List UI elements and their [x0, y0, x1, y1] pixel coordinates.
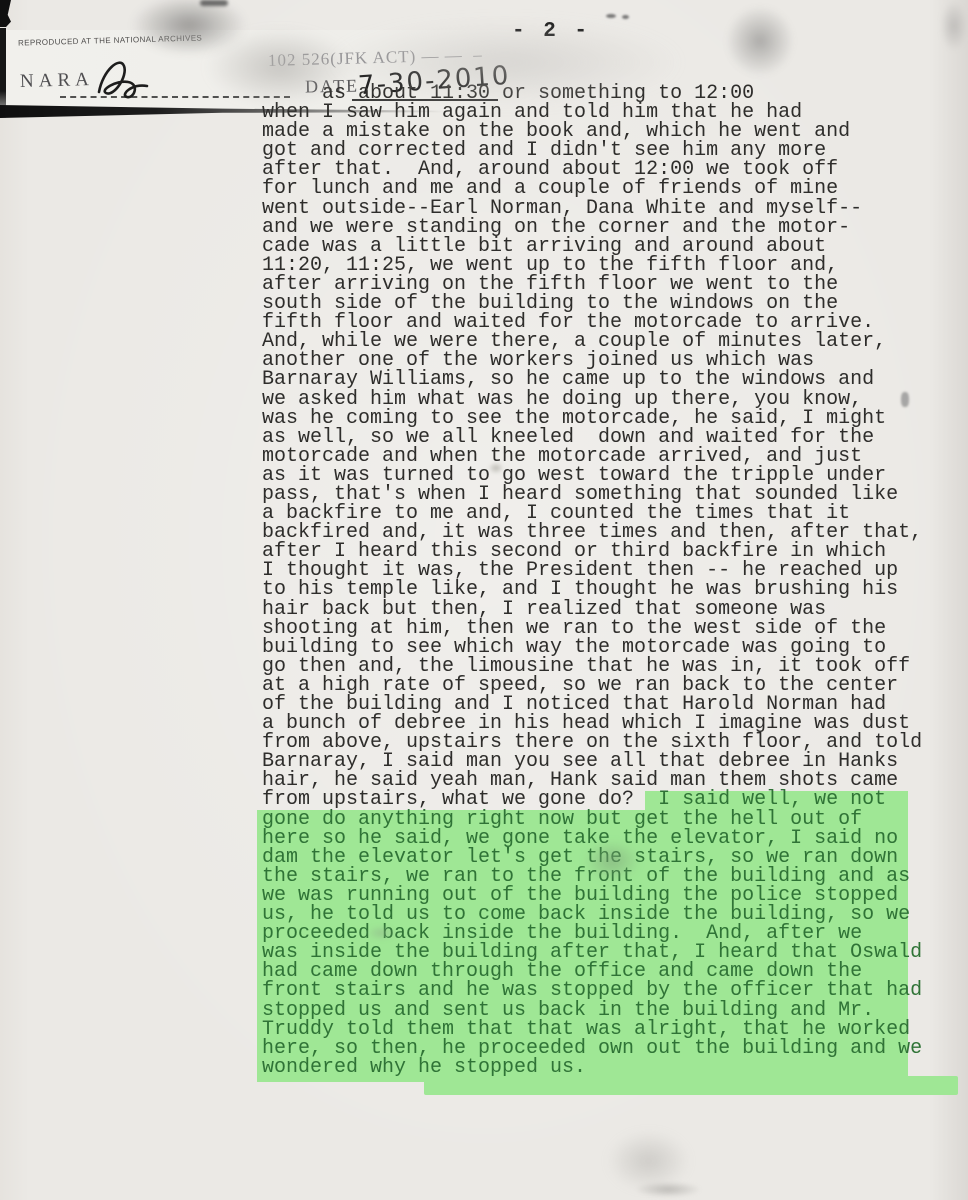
transcript-line: Barnaray Williams, so he came up to the … — [262, 370, 942, 389]
scan-smudge — [941, 2, 967, 50]
transcript: as about 11:30 or something to 12:00when… — [262, 84, 942, 1077]
transcript-line: dam the elevator let's get the stairs, s… — [262, 848, 942, 867]
scan-corner-mark — [0, 0, 11, 27]
transcript-line: gone do anything right now but get the h… — [262, 810, 942, 829]
transcript-line: stopped us and sent us back in the build… — [262, 1001, 942, 1020]
transcript-line: building to see which way the motorcade … — [262, 638, 942, 657]
scan-smudge — [606, 1130, 691, 1192]
transcript-line: hair back but then, I realized that some… — [262, 600, 942, 619]
transcript-line: shooting at him, then we ran to the west… — [262, 619, 942, 638]
scan-smudge — [636, 1182, 700, 1197]
scan-smudge — [622, 15, 629, 19]
transcript-line: was he coming to see the motorcade, he s… — [262, 409, 942, 428]
transcript-line: as well, so we all kneeled down and wait… — [262, 428, 942, 447]
highlight-mark-bottom-stroke — [424, 1076, 958, 1095]
transcript-line: for lunch and me and a couple of friends… — [262, 179, 942, 198]
handwritten-initials — [93, 52, 165, 113]
transcript-line: went outside--Earl Norman, Dana White an… — [262, 199, 942, 218]
transcript-line: we asked him what was he doing up there,… — [262, 390, 942, 409]
scan-edge-strip — [0, 28, 6, 118]
transcript-line: from upstairs, what we gone do? I said w… — [262, 790, 942, 809]
scan-smudge — [200, 0, 228, 6]
transcript-line: Truddy told them that that was alright, … — [262, 1020, 942, 1039]
transcript-line: motorcade and when the motorcade arrived… — [262, 447, 942, 466]
scan-smudge — [726, 6, 794, 76]
transcript-line: here, so then, he proceeded own out the … — [262, 1039, 942, 1058]
transcript-line: cade was a little bit arriving and aroun… — [262, 237, 942, 256]
nara-stamp-label: NARA — [20, 69, 94, 93]
transcript-line: wondered why he stopped us. — [262, 1058, 942, 1077]
scan-smudge — [606, 14, 616, 18]
transcript-line: front stairs and he was stopped by the o… — [262, 981, 942, 1000]
transcript-line: here so he said, we gone take the elevat… — [262, 829, 942, 848]
page-number: - 2 - — [512, 20, 590, 43]
document-page: REPRODUCED AT THE NATIONAL ARCHIVES 102 … — [0, 0, 968, 1200]
transcript-line: to his temple like, and I thought he was… — [262, 580, 942, 599]
transcript-line: and we were standing on the corner and t… — [262, 218, 942, 237]
